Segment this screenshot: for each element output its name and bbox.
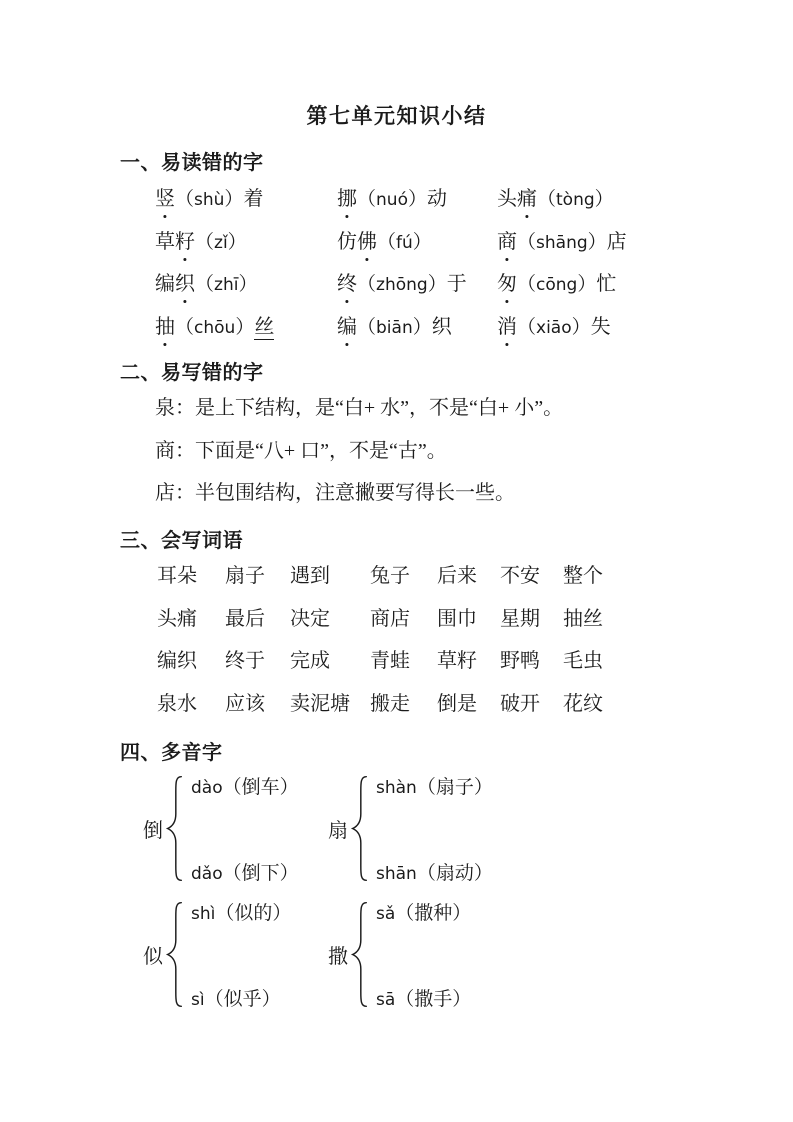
misread-item: 终（zhōng）于	[337, 271, 497, 314]
close-paren: ）	[238, 274, 257, 295]
section-heading-vocabulary: 三、会写词语	[120, 524, 243, 553]
document-page: 第七单元知识小结 一、易读错的字 竖（shù）着挪（nuó）动头痛（tòng）草…	[0, 0, 793, 1122]
close-paren: ）	[428, 274, 447, 295]
word-cell: 兔子	[370, 562, 437, 605]
polyphone-char: 似	[143, 940, 163, 969]
emphasized-char: 织	[175, 271, 195, 298]
polyphone-group: 撒sǎ（撒种）sā（撒手）	[328, 896, 568, 1013]
word-cell: 应该	[225, 690, 290, 733]
word-cell: 不安	[500, 562, 563, 605]
word-cell: 倒是	[437, 690, 500, 733]
word-cell: 扇子	[225, 562, 290, 605]
word-cell: 青蛙	[370, 647, 437, 690]
pinyin: shù	[194, 190, 224, 210]
open-paren: （	[357, 317, 376, 338]
pinyin: cōng	[536, 275, 577, 295]
close-paren: ）	[572, 317, 591, 338]
reading-word: （倒下）	[223, 863, 299, 884]
reading-line: shān（扇动）	[376, 858, 493, 885]
curly-brace-icon	[164, 772, 184, 885]
readings-column: shì（似的）sì（似乎）	[191, 898, 291, 1011]
reading-pinyin: shàn	[376, 778, 417, 798]
misread-item: 编（biān）织	[337, 314, 497, 357]
pinyin: zhōng	[376, 275, 428, 295]
close-paren: ）	[413, 232, 432, 253]
readings-column: shàn（扇子）shān（扇动）	[376, 772, 493, 885]
pinyin: tòng	[556, 190, 595, 210]
word-cell: 毛虫	[563, 647, 625, 690]
word-cell: 决定	[290, 605, 370, 648]
polyphone-group: 倒dào（倒车）dǎo（倒下）	[143, 770, 328, 887]
miswrite-notes: 泉：是上下结构，是“白+ 水”，不是“白+ 小”。商：下面是“八+ 口”，不是“…	[155, 394, 563, 522]
word-cell: 商店	[370, 605, 437, 648]
open-paren: （	[377, 232, 396, 253]
curly-brace-icon	[349, 772, 369, 885]
section-heading-miswritten-chars: 二、易写错的字	[120, 356, 264, 385]
close-paren: ）	[577, 274, 596, 295]
char: 头	[497, 188, 517, 210]
misread-item: 仿佛（fú）	[337, 229, 497, 272]
pinyin: shāng	[536, 233, 588, 253]
reading-line: sì（似乎）	[191, 984, 291, 1011]
open-paren: （	[517, 232, 536, 253]
trailing-char: 着	[243, 188, 263, 210]
trailing-char: 于	[447, 273, 467, 295]
open-paren: （	[195, 274, 214, 295]
word-cell: 耳朵	[157, 562, 225, 605]
polyphone-char: 扇	[328, 814, 348, 843]
word-cell: 破开	[500, 690, 563, 733]
open-paren: （	[517, 274, 536, 295]
close-paren: ）	[224, 189, 243, 210]
polyphone-char: 倒	[143, 814, 163, 843]
word-cell: 搬走	[370, 690, 437, 733]
reading-pinyin: shān	[376, 864, 417, 884]
emphasized-char: 匆	[497, 271, 517, 298]
word-cell: 后来	[437, 562, 500, 605]
pinyin: nuó	[376, 190, 408, 210]
pinyin: chōu	[194, 318, 235, 338]
reading-pinyin: dǎo	[191, 864, 223, 884]
trailing-char: 失	[591, 316, 611, 338]
emphasized-char: 消	[497, 314, 517, 341]
word-cell: 遇到	[290, 562, 370, 605]
reading-pinyin: dào	[191, 778, 223, 798]
reading-pinyin: sā	[376, 990, 395, 1010]
reading-pinyin: sǎ	[376, 904, 395, 924]
word-cell: 花纹	[563, 690, 625, 733]
word-cell: 整个	[563, 562, 625, 605]
reading-pinyin: sì	[191, 990, 205, 1010]
note-line: 店：半包围结构，注意撇要写得长一些。	[155, 479, 563, 522]
trailing-char: 店	[607, 231, 627, 253]
emphasized-char: 痛	[517, 186, 537, 213]
emphasized-char: 籽	[175, 229, 195, 256]
word-cell: 完成	[290, 647, 370, 690]
reading-word: （似乎）	[205, 989, 281, 1010]
pinyin: zǐ	[214, 233, 228, 253]
emphasized-char: 抽	[155, 314, 175, 341]
word-cell: 泉水	[157, 690, 225, 733]
open-paren: （	[175, 317, 194, 338]
misread-item: 竖（shù）着	[155, 186, 337, 229]
pinyin: fú	[396, 233, 413, 253]
note-line: 泉：是上下结构，是“白+ 水”，不是“白+ 小”。	[155, 394, 563, 437]
close-paren: ）	[408, 189, 427, 210]
reading-word: （撒手）	[395, 989, 471, 1010]
curly-brace-icon	[349, 898, 369, 1011]
readings-column: dào（倒车）dǎo（倒下）	[191, 772, 299, 885]
misread-item: 匆（cōng）忙	[497, 271, 737, 314]
polyphone-group: 似shì（似的）sì（似乎）	[143, 896, 328, 1013]
reading-line: dǎo（倒下）	[191, 858, 299, 885]
section-heading-polyphones: 四、多音字	[120, 736, 223, 765]
section-heading-misread-chars: 一、易读错的字	[120, 146, 264, 175]
close-paren: ）	[413, 317, 432, 338]
open-paren: （	[357, 274, 376, 295]
trailing-char: 忙	[596, 273, 616, 295]
reading-word: （扇子）	[417, 777, 493, 798]
word-cell: 卖泥塘	[290, 690, 370, 733]
misread-item: 头痛（tòng）	[497, 186, 737, 229]
reading-line: shì（似的）	[191, 898, 291, 925]
curly-brace-icon	[164, 898, 184, 1011]
misread-item: 挪（nuó）动	[337, 186, 497, 229]
word-cell: 终于	[225, 647, 290, 690]
close-paren: ）	[228, 232, 247, 253]
open-paren: （	[357, 189, 376, 210]
trailing-char: 织	[432, 316, 452, 338]
misread-item: 抽（chōu）丝	[155, 314, 337, 357]
open-paren: （	[517, 317, 536, 338]
document-title: 第七单元知识小结	[0, 100, 793, 130]
close-paren: ）	[588, 232, 607, 253]
close-paren: ）	[595, 189, 614, 210]
reading-line: sǎ（撒种）	[376, 898, 471, 925]
misread-item: 消（xiāo）失	[497, 314, 737, 357]
emphasized-char: 商	[497, 229, 517, 256]
misread-item: 编织（zhī）	[155, 271, 337, 314]
misread-item: 草籽（zǐ）	[155, 229, 337, 272]
word-cell: 草籽	[437, 647, 500, 690]
readings-column: sǎ（撒种）sā（撒手）	[376, 898, 471, 1011]
emphasized-char: 竖	[155, 186, 175, 213]
word-cell: 围巾	[437, 605, 500, 648]
polyphone-char: 撒	[328, 940, 348, 969]
pinyin: zhī	[214, 275, 238, 295]
char: 草	[155, 231, 175, 253]
pinyin: biān	[376, 318, 413, 338]
reading-word: （撒种）	[395, 903, 471, 924]
word-cell: 星期	[500, 605, 563, 648]
word-cell: 头痛	[157, 605, 225, 648]
open-paren: （	[175, 189, 194, 210]
reading-line: dào（倒车）	[191, 772, 299, 799]
open-paren: （	[195, 232, 214, 253]
open-paren: （	[537, 189, 556, 210]
trailing-char: 丝	[254, 316, 274, 340]
polyphone-group: 扇shàn（扇子）shān（扇动）	[328, 770, 568, 887]
pinyin: xiāo	[536, 318, 572, 338]
word-cell: 抽丝	[563, 605, 625, 648]
reading-pinyin: shì	[191, 904, 215, 924]
reading-word: （倒车）	[223, 777, 299, 798]
char: 编	[155, 273, 175, 295]
reading-word: （扇动）	[417, 863, 493, 884]
emphasized-char: 编	[337, 314, 357, 341]
note-line: 商：下面是“八+ 口”，不是“古”。	[155, 437, 563, 480]
emphasized-char: 佛	[357, 229, 377, 256]
emphasized-char: 挪	[337, 186, 357, 213]
trailing-char: 动	[427, 188, 447, 210]
reading-line: sā（撒手）	[376, 984, 471, 1011]
close-paren: ）	[235, 317, 254, 338]
misread-item: 商（shāng）店	[497, 229, 737, 272]
words-grid: 耳朵扇子遇到兔子后来不安整个头痛最后决定商店围巾星期抽丝编织终于完成青蛙草籽野鸭…	[157, 562, 625, 733]
polyphone-grid: 倒dào（倒车）dǎo（倒下）扇shàn（扇子）shān（扇动）似shì（似的）…	[143, 770, 568, 1013]
word-cell: 野鸭	[500, 647, 563, 690]
char: 仿	[337, 231, 357, 253]
reading-line: shàn（扇子）	[376, 772, 493, 799]
word-cell: 编织	[157, 647, 225, 690]
misread-grid: 竖（shù）着挪（nuó）动头痛（tòng）草籽（zǐ）仿佛（fú）商（shān…	[155, 186, 737, 357]
word-cell: 最后	[225, 605, 290, 648]
emphasized-char: 终	[337, 271, 357, 298]
reading-word: （似的）	[215, 903, 291, 924]
